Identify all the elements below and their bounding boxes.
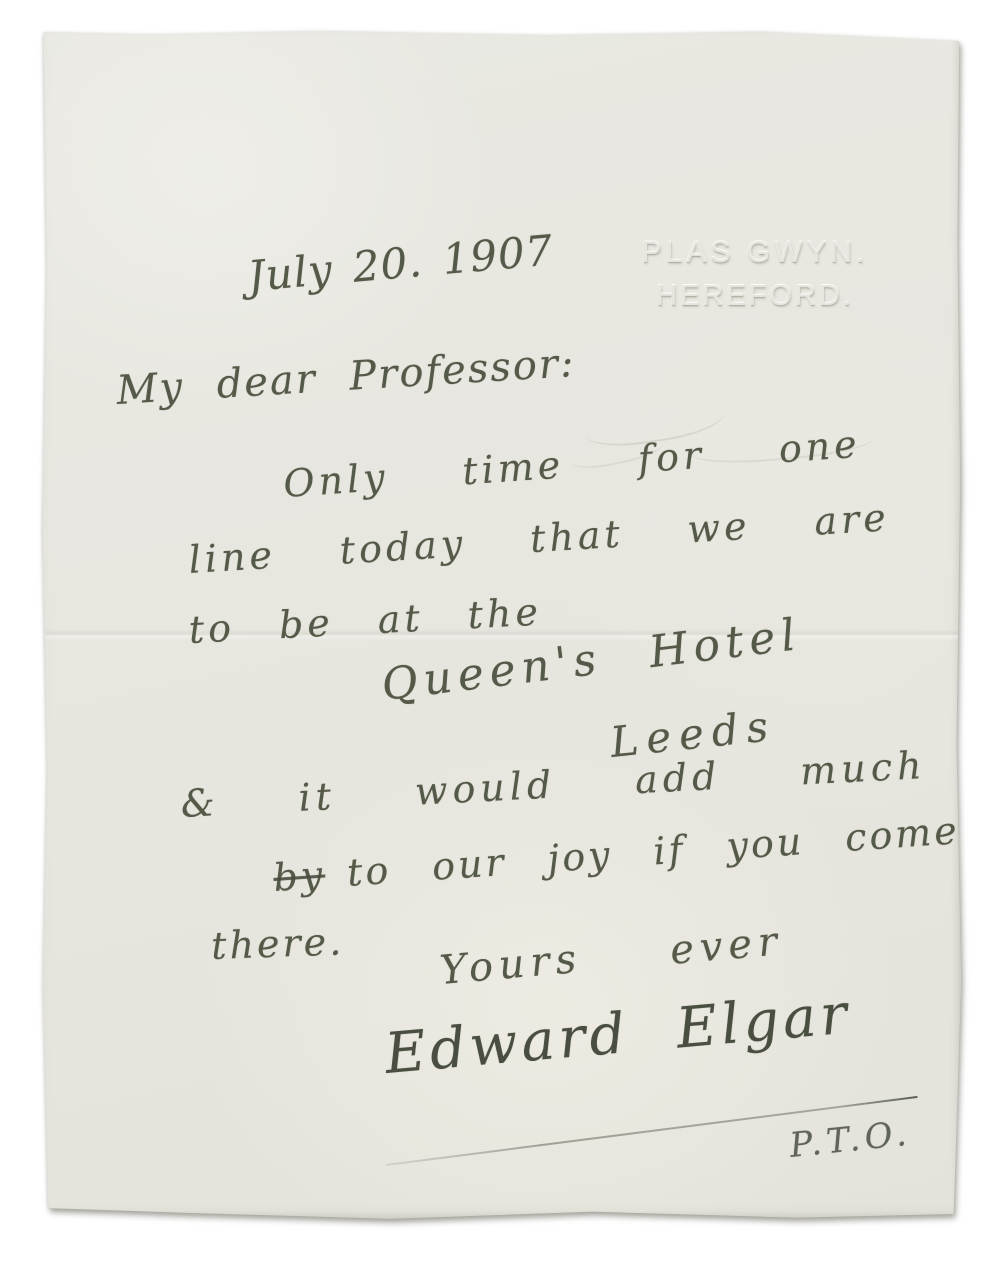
body-line: line today that we are (187, 495, 891, 582)
body-line-with-correction: byto our joy if you come (272, 808, 961, 900)
letter-paper-shadow: PLAS GWYN. HEREFORD. July 20. 1907 My de… (40, 28, 962, 1220)
letter-date: July 20. 1907 (246, 225, 556, 301)
signature: Edward Elgar (382, 982, 853, 1087)
crossed-out-word: by (272, 852, 327, 900)
body-line: there. (210, 919, 344, 968)
body-line: to be at the (188, 590, 543, 652)
letterhead-line1: PLAS GWYN. (620, 231, 890, 275)
letterhead-line2: HEREFORD. (620, 275, 890, 317)
postscript-pto: P.T.O. (788, 1113, 913, 1166)
letterhead: PLAS GWYN. HEREFORD. (620, 231, 890, 317)
body-line: Only time for one (282, 422, 862, 506)
body-line-text: to our joy if you come (346, 808, 961, 895)
letter-paper: PLAS GWYN. HEREFORD. July 20. 1907 My de… (40, 28, 962, 1220)
letter-closing: Yours ever (438, 918, 785, 994)
letter-salutation: My dear Professor: (115, 340, 577, 414)
letter-photograph: PLAS GWYN. HEREFORD. July 20. 1907 My de… (0, 0, 1000, 1261)
body-line: & it would add much (180, 743, 928, 826)
